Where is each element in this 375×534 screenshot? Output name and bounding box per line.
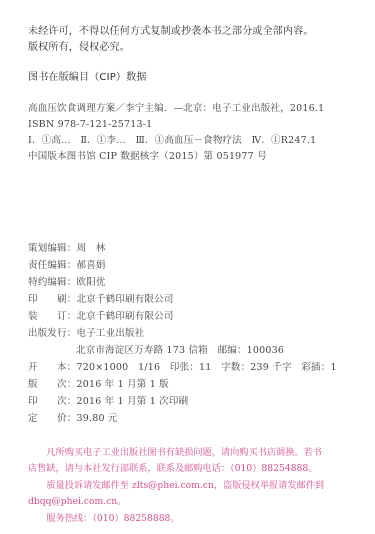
cip-isbn: ISBN 978-7-121-25713-1 (28, 119, 152, 131)
credit-value: 北京千鹤印刷有限公司 (77, 294, 174, 305)
publisher-address: 北京市海淀区万寿路 173 信箱 邮编：100036 (76, 345, 284, 357)
spec-value: 2016 年 1 月第 1 次印刷 (77, 396, 189, 407)
spec-format: 开 本：720×1000 1/16 印张：11 字数：239 千字 彩插：1 (28, 362, 337, 374)
credit-printing: 印 刷：北京千鹤印刷有限公司 (28, 294, 174, 306)
notice-line-3: 质量投诉请发邮件至 zlts@phei.com.cn，盗版侵权举报请发邮件到 (28, 480, 348, 492)
spec-label: 开 本： (28, 362, 77, 373)
credit-contributing-editor: 特约编辑：欧阳优 (28, 277, 106, 289)
credit-label: 出版发行： (28, 328, 77, 339)
notice-line-4: dbqq@phei.com.cn。 (28, 496, 348, 508)
spec-label: 印 次： (28, 396, 77, 407)
spec-value: 720×1000 1/16 印张：11 字数：239 千字 彩插：1 (77, 362, 337, 373)
credit-value: 郝喜娟 (77, 260, 106, 271)
credit-label: 印 刷： (28, 294, 77, 305)
credit-value: 电子工业出版社 (77, 328, 145, 339)
rights-reserved: 版权所有，侵权必究。 (28, 42, 130, 54)
credit-binding: 装 订：北京千鹤印刷有限公司 (28, 311, 174, 323)
cip-classification: Ⅰ．①高… Ⅱ．①李… Ⅲ．①高血压－食物疗法 Ⅳ．①R247.1 (28, 135, 316, 147)
spec-label: 定 价： (28, 413, 77, 424)
spec-value: 2016 年 1 月第 1 版 (77, 379, 169, 390)
credit-planning-editor: 策划编辑：周 林 (28, 243, 106, 255)
credit-publisher: 出版发行：电子工业出版社 (28, 328, 144, 340)
cip-library-number: 中国版本图书馆 CIP 数据核字（2015）第 051977 号 (28, 151, 267, 163)
spec-printing: 印 次：2016 年 1 月第 1 次印刷 (28, 396, 188, 408)
notice-line-2: 店售缺，请与本社发行部联系，联系及邮购电话：（010）88254888。 (28, 463, 348, 475)
copyright-notice: 未经许可，不得以任何方式复制或抄袭本书之部分或全部内容。 (28, 26, 314, 38)
spec-label: 版 次： (28, 379, 77, 390)
credit-value: 北京千鹤印刷有限公司 (77, 311, 174, 322)
credit-responsible-editor: 责任编辑：郝喜娟 (28, 260, 106, 272)
credit-label: 责任编辑： (28, 260, 77, 271)
credit-label: 特约编辑： (28, 277, 77, 288)
spec-edition: 版 次：2016 年 1 月第 1 版 (28, 379, 169, 391)
credit-value: 周 林 (77, 243, 106, 254)
credit-label: 策划编辑： (28, 243, 77, 254)
cip-title-line: 高血压饮食调理方案／李宁主编．—北京：电子工业出版社，2016.1 (28, 103, 324, 115)
spec-value: 39.80 元 (77, 413, 118, 424)
notice-line-1: 凡所购买电子工业出版社图书有缺损问题，请向购买书店调换。若书 (28, 447, 348, 459)
credit-value: 欧阳优 (77, 277, 106, 288)
cip-heading: 图书在版编目（CIP）数据 (28, 72, 147, 84)
spec-price: 定 价：39.80 元 (28, 413, 118, 425)
notice-line-5: 服务热线：（010）88258888。 (28, 513, 348, 525)
credit-label: 装 订： (28, 311, 77, 322)
